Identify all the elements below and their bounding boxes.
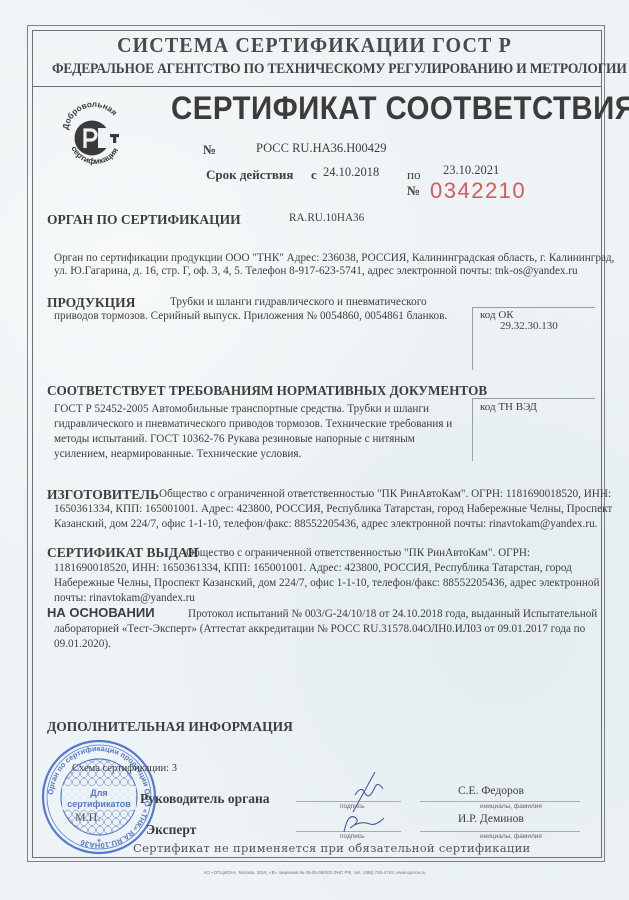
certificate-title: СЕРТИФИКАТ СООТВЕТСТВИЯ <box>171 90 629 127</box>
head-name-line <box>420 801 580 802</box>
stamp-place-label: М.П. <box>75 810 100 825</box>
cert-body-label: ОРГАН ПО СЕРТИФИКАЦИИ <box>47 212 241 228</box>
from-date: 24.10.2018 <box>323 165 379 180</box>
basis-label: НА ОСНОВАНИИ <box>47 605 155 620</box>
system-title: СИСТЕМА СЕРТИФИКАЦИИ ГОСТ Р <box>16 33 614 58</box>
basis-line3: 09.01.2020). <box>54 638 111 650</box>
cert-body-line2: ул. Ю.Гагарина, д. 16, стр. Г, оф. 3, 4,… <box>54 265 578 277</box>
manufacturer-line2: 1650361334, КПП: 165001001. Адрес: 42380… <box>54 503 612 515</box>
issued-to-line1: Общество с ограниченной ответственностью… <box>186 547 530 559</box>
issued-to-line2: 1181690018520, ИНН: 1650361334, КПП: 165… <box>54 562 572 574</box>
manufacturer-label: ИЗГОТОВИТЕЛЬ <box>47 487 159 503</box>
header-divider <box>32 86 602 87</box>
blank-number-label: № <box>407 183 420 199</box>
compliance-line: методы испытаний. ГОСТ 10362-76 Рукава р… <box>54 433 415 445</box>
rst-logo-icon: Добровольная сертификация <box>64 106 124 166</box>
compliance-line: усилением, неармированные. Технические у… <box>54 448 301 460</box>
compliance-line: гидравлического и пневматического привод… <box>54 418 452 430</box>
expert-name-caption: инициалы, фамилия <box>480 833 542 840</box>
product-line2: приводов тормозов. Серийный выпуск. Прил… <box>54 310 447 322</box>
head-name-caption: инициалы, фамилия <box>480 803 542 810</box>
compliance-label: СООТВЕТСТВУЕТ ТРЕБОВАНИЯМ НОРМАТИВНЫХ ДО… <box>47 383 487 399</box>
blank-number: 0342210 <box>430 178 526 204</box>
cert-body-line1: Орган по сертификации продукции ООО "ТНК… <box>54 252 614 264</box>
manufacturer-line3: Казанский, дом 224/7, офис 1-1-10, телеф… <box>54 518 597 530</box>
expert-label: Эксперт <box>146 822 196 838</box>
svg-text:сертификатов: сертификатов <box>67 799 131 809</box>
product-line1: Трубки и шланги гидравлического и пневма… <box>170 296 427 308</box>
ok-code-value: 29.32.30.130 <box>500 320 558 332</box>
issued-to-label: СЕРТИФИКАТ ВЫДАН <box>47 545 198 561</box>
compliance-line: ГОСТ Р 52452-2005 Автомобильные транспор… <box>54 403 429 415</box>
manufacturer-line1: Общество с ограниченной ответственностью… <box>159 488 611 500</box>
svg-text:Для: Для <box>90 788 107 798</box>
validity-label: Срок действия <box>206 167 293 183</box>
expert-signature-icon <box>338 808 388 836</box>
number-label: № <box>203 142 216 158</box>
cert-body-code: RA.RU.10НА36 <box>289 212 364 224</box>
head-of-body-label: Руководитель органа <box>140 791 270 807</box>
certificate-number: РОСС RU.НА36.Н00429 <box>256 141 387 156</box>
basis-line1: Протокол испытаний № 003/G-24/10/18 от 2… <box>188 608 597 620</box>
issued-to-line4: почты: rinavtokam@yandex.ru <box>54 592 195 604</box>
to-label: по <box>407 167 420 183</box>
tn-ved-label: код ТН ВЭД <box>480 401 537 413</box>
basis-line2: лабораторией «Тест-Эксперт» (Аттестат ак… <box>54 623 585 635</box>
from-label: с <box>311 167 317 183</box>
product-label: ПРОДУКЦИЯ <box>47 295 135 311</box>
voluntary-notice: Сертификат не применяется при обязательн… <box>133 841 531 855</box>
svg-text:*: * <box>97 837 102 849</box>
head-name: С.Е. Федоров <box>458 785 524 797</box>
printer-footer: АО «ОПЦИОН», Москва, 2018, «В» лицензия … <box>0 870 629 875</box>
certification-scheme: Схема сертификации: 3 <box>72 763 177 774</box>
expert-name: И.Р. Деминов <box>458 813 524 825</box>
expert-name-line <box>420 831 580 832</box>
to-date: 23.10.2021 <box>443 163 499 178</box>
agency-title: ФЕДЕРАЛЬНОЕ АГЕНТСТВО ПО ТЕХНИЧЕСКОМУ РЕ… <box>52 61 582 78</box>
issued-to-line3: Набережные Челны, Проспект Казанский, до… <box>54 577 599 589</box>
additional-info-label: ДОПОЛНИТЕЛЬНАЯ ИНФОРМАЦИЯ <box>47 719 293 735</box>
